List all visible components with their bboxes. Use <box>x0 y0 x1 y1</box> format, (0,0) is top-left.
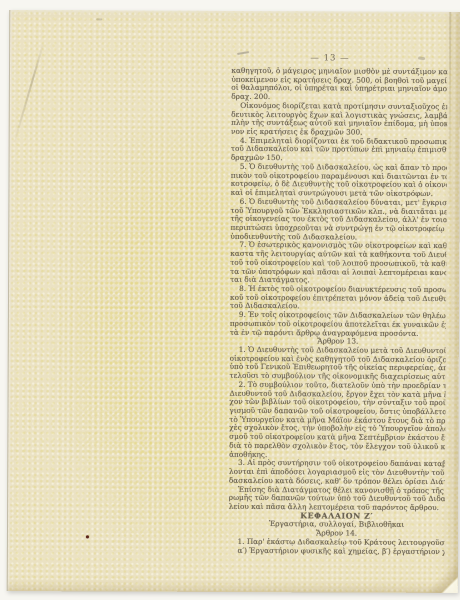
scanned-document-view: — 13 — καθηγητοῦ, ὁ μάγειρος μηνιαῖον μι… <box>0 0 460 600</box>
paper-smudge-top <box>96 18 102 20</box>
document-text-block: καθηγητοῦ, ὁ μάγειρος μηνιαῖον μισθὸν μὲ… <box>228 67 447 557</box>
text-line: α′) Ἐργαστήριον φυσικῆς καὶ χημείας, β′)… <box>228 546 444 556</box>
paper-crease-topleft <box>13 42 44 143</box>
page-number: — 13 — <box>222 53 438 64</box>
scanned-paper-page: — 13 — καθηγητοῦ, ὁ μάγειρος μηνιαῖον μι… <box>7 10 460 593</box>
paper-crease-right <box>448 12 451 227</box>
ink-fleck <box>86 535 89 538</box>
